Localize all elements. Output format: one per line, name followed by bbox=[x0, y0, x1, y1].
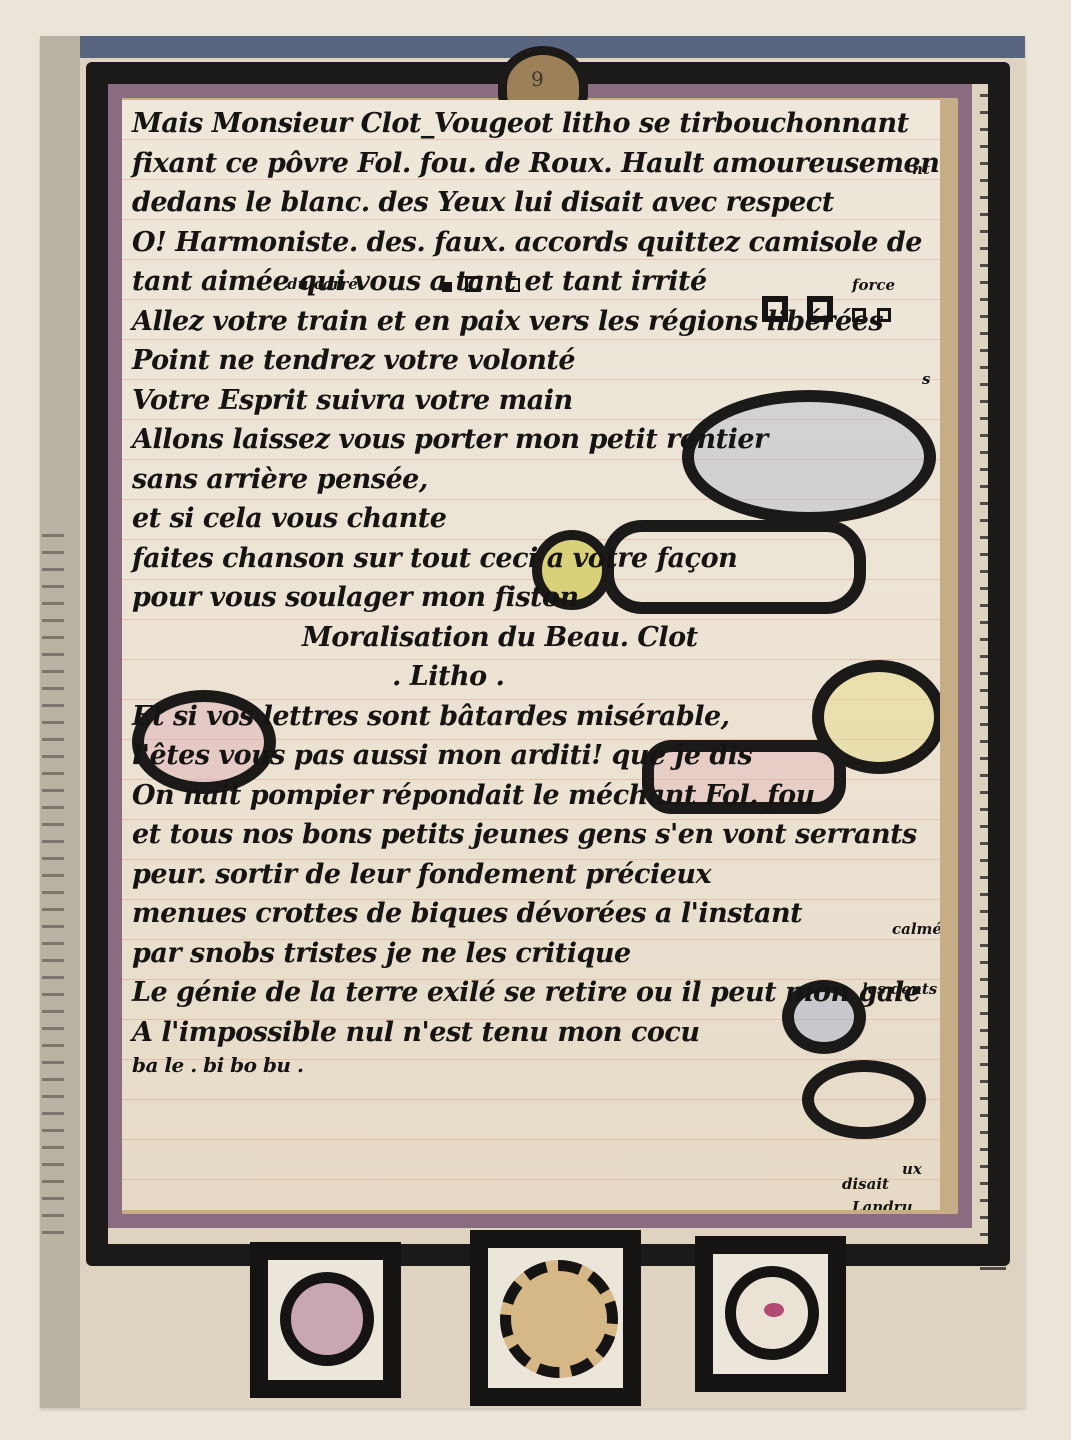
square-glyph bbox=[506, 278, 520, 292]
poem-line-8: Votre Esprit suivra votre main bbox=[132, 381, 932, 421]
poem-line-21: menues crottes de biques dévorées a l'in… bbox=[132, 894, 932, 934]
annotation-nt: nt bbox=[912, 160, 930, 178]
square-glyph bbox=[877, 308, 891, 322]
annotation-disait: disait bbox=[842, 1175, 889, 1193]
poem-line-23: Le génie de la terre exilé se retire ou … bbox=[132, 973, 932, 1013]
square-glyph bbox=[442, 282, 452, 292]
square-glyphs-right bbox=[762, 296, 891, 326]
poem-line-4: O! Harmoniste. des. faux. accords quitte… bbox=[132, 223, 932, 263]
poem-heading-cont: . Litho . bbox=[132, 657, 932, 697]
poem-line-1: Mais Monsieur Clot_Vougeot litho se tirb… bbox=[132, 104, 932, 144]
poem-line-2: fixant ce pôvre Fol. fou. de Roux. Hault… bbox=[132, 144, 932, 184]
bottom-medallion-row bbox=[250, 1230, 810, 1380]
annotation-calme: calmé bbox=[892, 920, 940, 938]
square-glyphs-row bbox=[442, 276, 520, 296]
poem-line-10: sans arrière pensée, bbox=[132, 460, 932, 500]
annotation-les-dents: les dents bbox=[862, 980, 937, 998]
poem-line-24: A l'impossible nul n'est tenu mon cocu bbox=[132, 1013, 932, 1053]
poem-heading: Moralisation du Beau. Clot bbox=[132, 618, 932, 658]
annotation-force: force bbox=[852, 276, 895, 294]
manuscript-page: Mais Monsieur Clot_Vougeot litho se tirb… bbox=[122, 100, 940, 1210]
poem-line-19: et tous nos bons petits jeunes gens s'en… bbox=[132, 815, 932, 855]
annotation-landru: Landru bbox=[852, 1198, 912, 1210]
monogram-disc bbox=[280, 1272, 374, 1366]
poem-line-20: peur. sortir de leur fondement précieux bbox=[132, 855, 932, 895]
poem-line-11: et si cela vous chante bbox=[132, 499, 932, 539]
eye-disc bbox=[725, 1266, 819, 1360]
annotation-ux: ux bbox=[902, 1160, 922, 1178]
medallion-spiral bbox=[470, 1230, 641, 1406]
page-number: 9 bbox=[531, 67, 544, 91]
annotation-du-carre: du carré bbox=[287, 275, 358, 293]
medallion-monogram-gr bbox=[250, 1242, 401, 1398]
left-border-tick-marks bbox=[42, 520, 64, 1240]
poem-line-13: pour vous soulager mon fiston bbox=[132, 578, 932, 618]
square-glyph bbox=[852, 308, 866, 322]
spiral-disc bbox=[500, 1260, 618, 1378]
square-glyph bbox=[762, 296, 788, 322]
square-glyph bbox=[807, 296, 833, 322]
poem-line-22: par snobs tristes je ne les critique bbox=[132, 934, 932, 974]
poem-text: Mais Monsieur Clot_Vougeot litho se tirb… bbox=[132, 104, 932, 1078]
poem-line-25: ba le . bi bo bu . bbox=[132, 1052, 932, 1078]
square-glyph bbox=[465, 276, 481, 292]
annotation-s: s bbox=[922, 370, 930, 388]
poem-line-3: dedans le blanc. des Yeux lui disait ave… bbox=[132, 183, 932, 223]
poem-line-7: Point ne tendrez votre volonté bbox=[132, 341, 932, 381]
poem-line-17: l'êtes vous pas aussi mon arditi! que je… bbox=[132, 736, 932, 776]
poem-line-12: faites chanson sur tout ceci a votre faç… bbox=[132, 539, 932, 579]
poem-line-18: On nait pompier répondait le méchant Fol… bbox=[132, 776, 932, 816]
poem-line-16: Et si vos lettres sont bâtardes misérabl… bbox=[132, 697, 932, 737]
poem-line-9: Allons laissez vous porter mon petit ren… bbox=[132, 420, 932, 460]
medallion-eye bbox=[695, 1236, 846, 1392]
